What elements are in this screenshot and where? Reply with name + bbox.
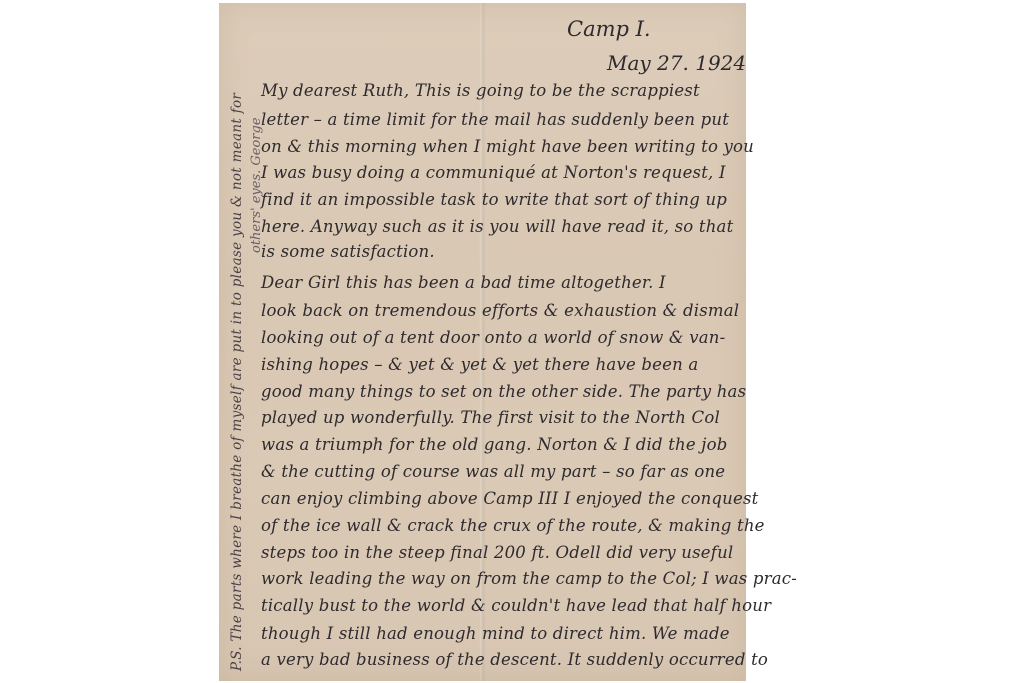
letter-line: work leading the way on from the camp to… bbox=[261, 569, 797, 588]
letter-line: My dearest Ruth, This is going to be the… bbox=[261, 81, 700, 100]
letter-line: was a triumph for the old gang. Norton &… bbox=[261, 435, 728, 454]
letter-line: Dear Girl this has been a bad time altog… bbox=[261, 273, 666, 292]
letter-line: looking out of a tent door onto a world … bbox=[261, 328, 725, 347]
letter-line: here. Anyway such as it is you will have… bbox=[261, 217, 733, 236]
letter-line: played up wonderfully. The first visit t… bbox=[261, 408, 720, 427]
letter-line: find it an impossible task to write that… bbox=[261, 190, 727, 209]
letter-heading-date: May 27. 1924 bbox=[607, 51, 746, 75]
letter-line: steps too in the steep final 200 ft. Ode… bbox=[261, 543, 733, 562]
letter-line: though I still had enough mind to direct… bbox=[261, 624, 730, 643]
letter-line: letter – a time limit for the mail has s… bbox=[261, 110, 729, 129]
letter-line: look back on tremendous efforts & exhaus… bbox=[261, 301, 739, 320]
letter-line: ishing hopes – & yet & yet & yet there h… bbox=[261, 355, 698, 374]
letter-line: is some satisfaction. bbox=[261, 242, 435, 261]
letter-line: a very bad business of the descent. It s… bbox=[261, 650, 768, 669]
letter-line: on & this morning when I might have been… bbox=[261, 137, 754, 156]
margin-postscript: P.S. The parts where I breathe of myself… bbox=[229, 93, 245, 671]
letter-line: can enjoy climbing above Camp III I enjo… bbox=[261, 489, 758, 508]
letter-line: I was busy doing a communiqué at Norton'… bbox=[261, 163, 726, 182]
letter-heading-place: Camp I. bbox=[567, 17, 651, 41]
letter-line: tically bust to the world & couldn't hav… bbox=[261, 596, 771, 615]
letter-line: & the cutting of course was all my part … bbox=[261, 462, 725, 481]
letter-line: good many things to set on the other sid… bbox=[261, 382, 746, 401]
letter-page: Camp I. May 27. 1924 My dearest Ruth, Th… bbox=[219, 3, 746, 681]
letter-line: of the ice wall & crack the crux of the … bbox=[261, 516, 765, 535]
margin-postscript-signature: others' eyes. George bbox=[249, 117, 264, 253]
